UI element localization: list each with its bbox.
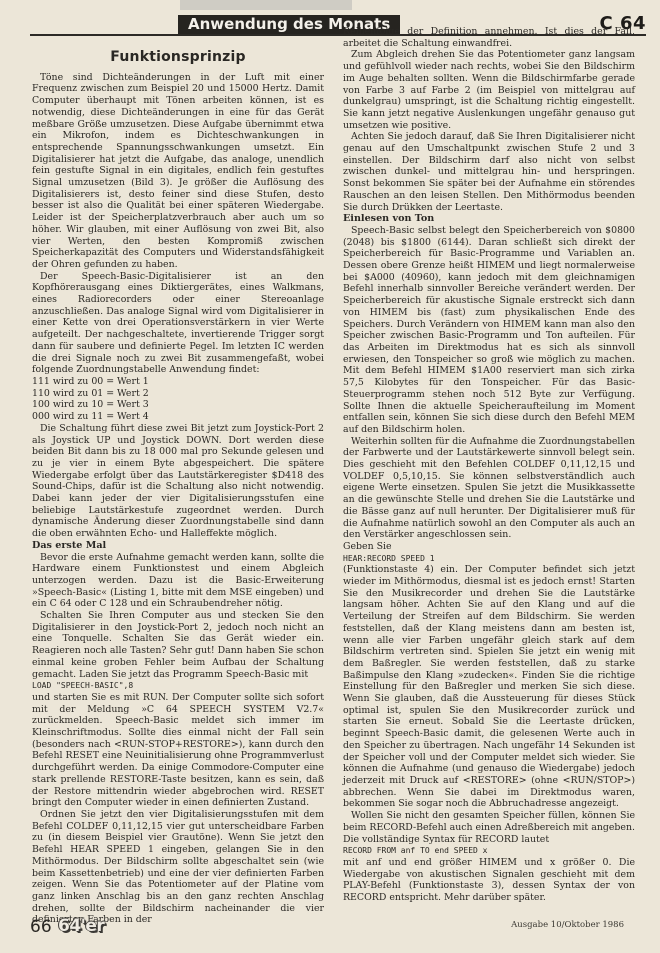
right-column: Reihenfolge der Definition annehmen. Ist… (343, 26, 635, 904)
magazine-logo: 64'er (58, 916, 104, 936)
subheading: Einlesen von Ton (343, 213, 635, 225)
paragraph: Reihenfolge der Definition annehmen. Ist… (343, 26, 635, 49)
paragraph: und starten Sie es mit RUN. Der Computer… (32, 692, 324, 809)
paragraph: Achten Sie jedoch darauf, daß Sie Ihren … (343, 131, 635, 213)
mapping-row: 100 wird zu 10 = Wert 3 (32, 399, 324, 411)
mapping-table: 111 wird zu 00 = Wert 1 110 wird zu 01 =… (32, 376, 324, 423)
issue-label: Ausgabe 10/Oktober 1986 (511, 920, 624, 930)
left-column: Funktionsprinzip Töne sind Dichteänderun… (32, 52, 324, 926)
paragraph: Zum Abgleich drehen Sie das Potentiomete… (343, 49, 635, 131)
page-number: 66 (30, 917, 52, 937)
paragraph: (Funktionstaste 4) ein. Der Computer bef… (343, 564, 635, 810)
top-image-strip (180, 0, 352, 10)
paragraph: Töne sind Dichteänderungen in der Luft m… (32, 72, 324, 271)
paragraph: Wollen Sie nicht den gesamten Speicher f… (343, 810, 635, 845)
paragraph: Die Schaltung führt diese zwei Bit jetzt… (32, 423, 324, 540)
paragraph: Ordnen Sie jetzt den vier Digitalisierun… (32, 809, 324, 926)
paragraph: Bevor die erste Aufnahme gemacht werden … (32, 552, 324, 611)
mapping-row: 111 wird zu 00 = Wert 1 (32, 376, 324, 388)
mapping-row: 110 wird zu 01 = Wert 2 (32, 388, 324, 400)
code-listing: LOAD "SPEECH-BASIC",8 (32, 680, 324, 692)
paragraph: Geben Sie (343, 541, 635, 553)
section-title: Funktionsprinzip (32, 52, 324, 64)
code-listing: HEAR:RECORD SPEED 1 (343, 553, 635, 565)
paragraph: mit anf und end größer HIMEM und x größe… (343, 857, 635, 904)
paragraph: Weiterhin sollten für die Aufnahme die Z… (343, 436, 635, 541)
code-listing: RECORD FROM anf TO end SPEED x (343, 845, 635, 857)
paragraph: Der Speech-Basic-Digitalisierer ist an d… (32, 271, 324, 376)
paragraph: Speech-Basic selbst belegt den Speicherb… (343, 225, 635, 436)
mapping-row: 000 wird zu 11 = Wert 4 (32, 411, 324, 423)
paragraph: Schalten Sie Ihren Computer aus und stec… (32, 610, 324, 680)
subheading: Das erste Mal (32, 540, 324, 552)
